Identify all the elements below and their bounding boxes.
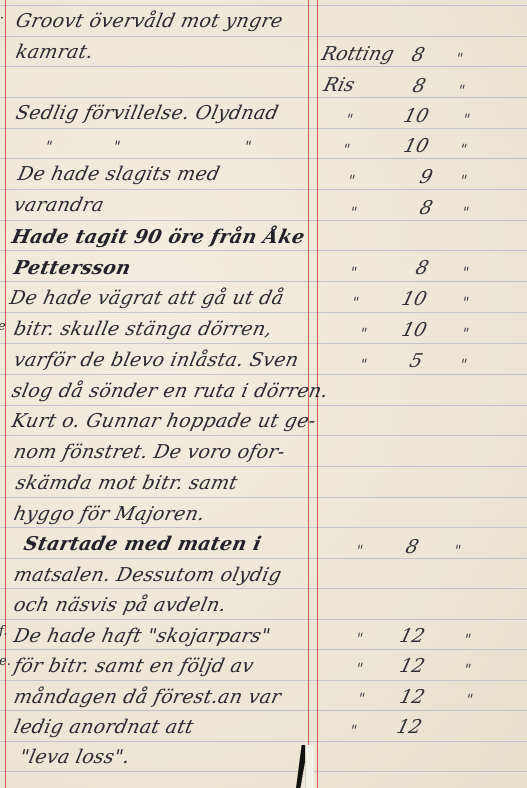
- ditto-mark: ": [460, 206, 470, 220]
- ledger-page: · e f. e. Groovt övervåld mot yngre kamr…: [0, 0, 527, 788]
- stroke-count: 8: [410, 46, 427, 65]
- entry-line: kamrat.: [14, 43, 95, 62]
- ruled-line: [0, 466, 527, 467]
- ditto-mark: ": [452, 544, 462, 558]
- stroke-count: 8: [414, 259, 431, 278]
- ruled-line: [0, 771, 527, 772]
- ditto-mark: ": [458, 174, 468, 188]
- ditto-mark: ": [348, 206, 358, 220]
- ruled-line: [0, 588, 527, 589]
- stroke-count: 9: [418, 168, 435, 187]
- entry-line: Groovt övervåld mot yngre: [14, 12, 285, 31]
- ditto-mark: ": [462, 663, 472, 677]
- ruled-line: [0, 558, 527, 559]
- punishment-type: Ris: [322, 76, 357, 95]
- margin-stub: e.: [0, 655, 11, 668]
- entry-line: bitr. skulle stänga dörren,: [12, 320, 274, 339]
- ruled-line: [0, 250, 527, 251]
- ditto-mark: ": [464, 693, 474, 707]
- entry-line: och näsvis på avdeln.: [12, 596, 228, 615]
- ruled-line: [0, 710, 527, 711]
- ruled-line: [0, 281, 527, 282]
- entry-line: varför de blevo inlåsta. Sven: [12, 351, 300, 370]
- ruled-line: [0, 680, 527, 681]
- entry-line: för bitr. samt en följd av: [12, 657, 255, 676]
- stroke-count: 10: [400, 290, 429, 309]
- punishment-type: Rotting: [320, 45, 396, 64]
- ditto-mark: ": [356, 692, 366, 706]
- ditto-mark: ": [348, 724, 358, 738]
- stroke-count: 12: [395, 718, 424, 737]
- ruled-line: [0, 128, 527, 129]
- entry-line: slog då sönder en ruta i dörren.: [10, 382, 330, 401]
- stroke-count: 10: [400, 321, 429, 340]
- entry-line: hyggo för Majoren.: [12, 505, 207, 524]
- ditto-mark: ": [460, 296, 470, 310]
- left-margin-line: [5, 0, 6, 788]
- ditto-mark: ": [462, 633, 472, 647]
- entry-line: De hade haft "skojarpars": [12, 627, 272, 646]
- entry-line: varandra: [12, 196, 106, 215]
- ruled-line: [0, 36, 527, 37]
- entry-line: De hade slagits med: [16, 165, 222, 184]
- entry-line: matsalen. Dessutom olydig: [12, 566, 283, 585]
- ruled-line: [0, 619, 527, 620]
- ruled-line: [0, 497, 527, 498]
- stroke-count: 5: [408, 352, 425, 371]
- ditto-mark: ": [458, 358, 468, 372]
- ruled-line: [0, 405, 527, 406]
- entry-line: Sedlig förvillelse. Olydnad: [14, 104, 280, 123]
- stroke-count: 12: [398, 657, 427, 676]
- ruled-line: [0, 527, 527, 528]
- entry-line: Kurt o. Gunnar hoppade ut ge-: [10, 412, 318, 431]
- ditto-mark: ": [460, 327, 470, 341]
- ditto-mark: ": [354, 544, 364, 558]
- ruled-line: [0, 158, 527, 159]
- stroke-count: 10: [402, 107, 431, 126]
- ditto-mark: ": [348, 266, 358, 280]
- ruled-line: [0, 66, 527, 67]
- ditto-mark: ": [458, 143, 468, 157]
- stroke-count: 12: [398, 688, 427, 707]
- ditto-mark: ": [358, 358, 368, 372]
- ditto-mark: ": [44, 140, 54, 154]
- ruled-line: [0, 435, 527, 436]
- entry-line: ledig anordnat att: [12, 718, 195, 737]
- stroke-count: 8: [404, 538, 421, 557]
- stroke-count: 8: [418, 199, 435, 218]
- ditto-mark: ": [354, 662, 364, 676]
- entry-line: nom fönstret. De voro ofor-: [12, 443, 287, 462]
- stroke-count: 12: [398, 627, 427, 646]
- ditto-mark: ": [112, 140, 122, 154]
- ditto-mark: ": [461, 113, 471, 127]
- entry-line: skämda mot bitr. samt: [14, 474, 239, 493]
- entry-line: "leva loss".: [18, 748, 132, 767]
- ruled-line: [0, 312, 527, 313]
- stroke-count: 10: [402, 137, 431, 156]
- ditto-mark: ": [344, 113, 354, 127]
- ditto-mark: ": [346, 174, 356, 188]
- margin-stub: e: [0, 320, 6, 333]
- ruled-line: [0, 343, 527, 344]
- margin-stub: ·: [0, 12, 4, 25]
- ruled-line: [0, 649, 527, 650]
- ruled-line: [0, 741, 527, 742]
- ruled-line: [0, 5, 527, 6]
- ditto-mark: ": [456, 84, 466, 98]
- stroke-count: 8: [411, 77, 428, 96]
- ditto-mark: ": [350, 296, 360, 310]
- paper-fold: [305, 745, 314, 788]
- ditto-mark: ": [454, 52, 464, 66]
- ruled-line: [0, 374, 527, 375]
- ruled-line: [0, 97, 527, 98]
- ruled-line: [0, 220, 527, 221]
- ditto-mark: ": [243, 140, 253, 154]
- entry-line: Startade med maten i: [22, 535, 263, 554]
- entry-line: De hade vägrat att gå ut då: [8, 289, 286, 308]
- margin-stub: f.: [0, 625, 7, 638]
- entry-line: måndagen då förest.an var: [12, 688, 283, 707]
- ditto-mark: ": [341, 143, 351, 157]
- ruled-line: [0, 189, 527, 190]
- ditto-mark: ": [354, 632, 364, 646]
- entry-line: Pettersson: [12, 259, 132, 278]
- ditto-mark: ": [358, 327, 368, 341]
- entry-line: Hade tagit 90 öre från Åke: [10, 228, 306, 247]
- ditto-mark: ": [460, 266, 470, 280]
